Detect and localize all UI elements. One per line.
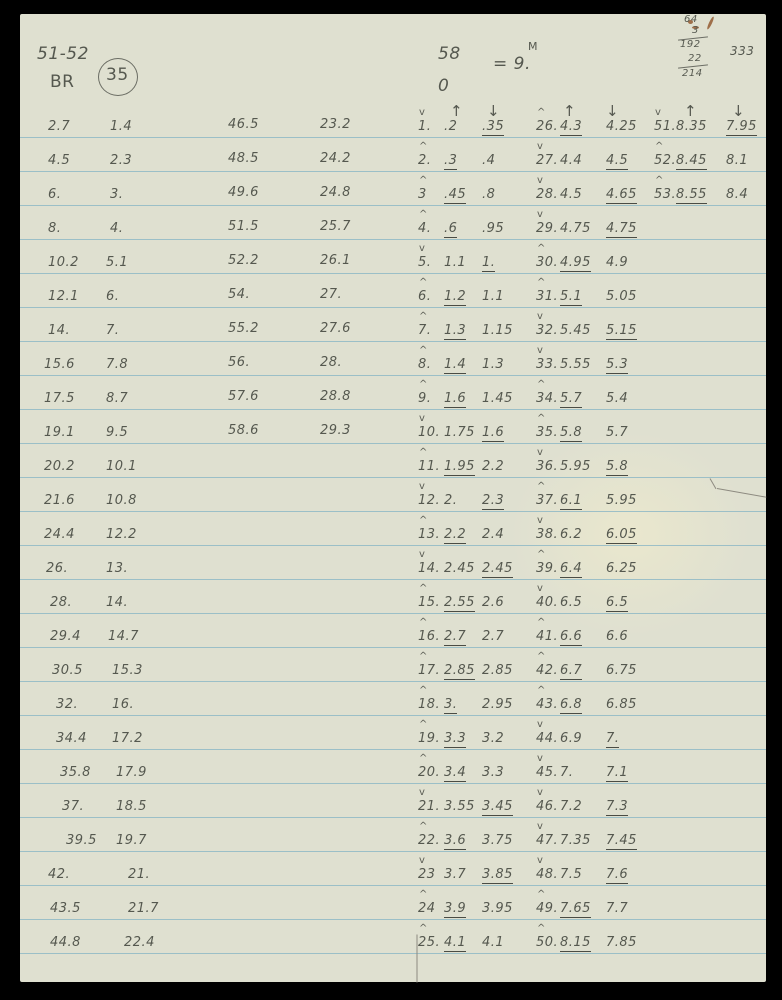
cell-value: 14. bbox=[48, 323, 70, 338]
rule-line bbox=[20, 137, 766, 138]
down-value: 5.4 bbox=[606, 391, 628, 406]
rule-line bbox=[20, 579, 766, 580]
notebook-page: 51-52 BR 35 58 = 9. M 0 64 3 192 22 214 … bbox=[20, 14, 766, 982]
item-number: 49. bbox=[536, 901, 558, 916]
down-value: 5.95 bbox=[606, 493, 637, 508]
item-number: 33. bbox=[536, 357, 558, 372]
cell-value: 2.3 bbox=[110, 153, 132, 168]
down-value: 2.7 bbox=[482, 629, 504, 644]
down-value: .4 bbox=[482, 153, 495, 168]
item-number: 26. bbox=[536, 119, 558, 134]
down-value: 7.85 bbox=[606, 935, 637, 950]
up-value: 1.2 bbox=[444, 289, 466, 306]
caret-up-mark-icon: ^ bbox=[419, 821, 427, 832]
cell-value: 4. bbox=[110, 221, 123, 236]
down-value: 4.9 bbox=[606, 255, 628, 270]
cell-value: 4.5 bbox=[48, 153, 70, 168]
rule-line bbox=[20, 647, 766, 648]
item-number: 46. bbox=[536, 799, 558, 814]
up-value: 1.6 bbox=[444, 391, 466, 408]
rule-line bbox=[20, 477, 766, 478]
cell-value: 15.3 bbox=[112, 663, 143, 678]
check-v-mark-icon: v bbox=[419, 243, 425, 254]
cell-value: 39.5 bbox=[66, 833, 97, 848]
up-value: 3.7 bbox=[444, 867, 466, 882]
cell-value: 30.5 bbox=[52, 663, 83, 678]
cell-value: 22.4 bbox=[124, 935, 155, 950]
cell-value: 1.4 bbox=[110, 119, 132, 134]
check-v-mark-icon: v bbox=[419, 787, 425, 798]
down-value: 6.05 bbox=[606, 527, 637, 544]
cell-value: 56. bbox=[228, 355, 250, 370]
caret-up-mark-icon: ^ bbox=[419, 583, 427, 594]
down-value: 1.1 bbox=[482, 289, 504, 304]
up-value: 4.4 bbox=[560, 153, 582, 168]
cell-value: 15.6 bbox=[44, 357, 75, 372]
up-value: 4.95 bbox=[560, 255, 591, 272]
item-number: 20. bbox=[418, 765, 440, 780]
down-value: 5.3 bbox=[606, 357, 628, 374]
up-value: 1.1 bbox=[444, 255, 466, 270]
calc-line-3: 22 bbox=[688, 53, 702, 64]
caret-up-mark-icon: ^ bbox=[537, 889, 545, 900]
up-value: 4.3 bbox=[560, 119, 582, 136]
caret-up-mark-icon: ^ bbox=[419, 277, 427, 288]
cell-value: 12.1 bbox=[48, 289, 79, 304]
cell-value: 32. bbox=[56, 697, 78, 712]
caret-up-mark-icon: ^ bbox=[537, 379, 545, 390]
down-value: 7.1 bbox=[606, 765, 628, 782]
rule-line bbox=[20, 511, 766, 512]
item-number: 35. bbox=[536, 425, 558, 440]
check-v-mark-icon: v bbox=[419, 413, 425, 424]
up-value: .2 bbox=[444, 119, 457, 134]
up-value: 6.9 bbox=[560, 731, 582, 746]
up-value: 6.6 bbox=[560, 629, 582, 646]
down-value: 3.3 bbox=[482, 765, 504, 780]
arrow-down-icon: ↓ bbox=[487, 102, 500, 120]
cell-value: 27.6 bbox=[320, 321, 351, 336]
caret-up-mark-icon: ^ bbox=[419, 209, 427, 220]
up-value: .3 bbox=[444, 153, 457, 170]
rule-line bbox=[20, 817, 766, 818]
up-value: 6.8 bbox=[560, 697, 582, 714]
paper-tear bbox=[710, 478, 717, 489]
item-number: 32. bbox=[536, 323, 558, 338]
calc-line-0: 64 bbox=[684, 14, 698, 25]
down-value: 1.15 bbox=[482, 323, 513, 338]
cell-value: 12.2 bbox=[106, 527, 137, 542]
down-value: .95 bbox=[482, 221, 504, 236]
cell-value: 46.5 bbox=[228, 117, 259, 132]
cell-value: 57.6 bbox=[228, 389, 259, 404]
up-value: 2.7 bbox=[444, 629, 466, 646]
item-number: 34. bbox=[536, 391, 558, 406]
item-number: 51. bbox=[654, 119, 676, 134]
rule-line bbox=[20, 307, 766, 308]
up-value: 6.5 bbox=[560, 595, 582, 610]
rule-line bbox=[20, 239, 766, 240]
caret-up-mark-icon: ^ bbox=[419, 141, 427, 152]
down-value: 2.3 bbox=[482, 493, 504, 510]
paper-tear bbox=[717, 488, 766, 498]
caret-up-mark-icon: ^ bbox=[419, 379, 427, 390]
cell-value: 42. bbox=[48, 867, 70, 882]
rule-line bbox=[20, 545, 766, 546]
down-value: 3.2 bbox=[482, 731, 504, 746]
cell-value: 6. bbox=[106, 289, 119, 304]
caret-up-mark-icon: ^ bbox=[537, 549, 545, 560]
cell-value: 7.8 bbox=[106, 357, 128, 372]
up-value: 7.5 bbox=[560, 867, 582, 882]
up-value: 7.2 bbox=[560, 799, 582, 814]
up-value: 3.6 bbox=[444, 833, 466, 850]
check-v-mark-icon: v bbox=[419, 481, 425, 492]
up-value: 3.55 bbox=[444, 799, 475, 814]
cell-value: 55.2 bbox=[228, 321, 259, 336]
caret-up-mark-icon: ^ bbox=[537, 651, 545, 662]
caret-up-mark-icon: ^ bbox=[537, 923, 545, 934]
down-value: 7.95 bbox=[726, 119, 757, 136]
cell-value: 10.8 bbox=[106, 493, 137, 508]
item-number: 50. bbox=[536, 935, 558, 950]
item-number: 17. bbox=[418, 663, 440, 678]
down-value: 2.6 bbox=[482, 595, 504, 610]
cell-value: 17.5 bbox=[44, 391, 75, 406]
up-value: 2.45 bbox=[444, 561, 475, 576]
cell-value: 25.7 bbox=[320, 219, 351, 234]
caret-up-mark-icon: ^ bbox=[419, 889, 427, 900]
rule-line bbox=[20, 375, 766, 376]
check-v-mark-icon: v bbox=[537, 821, 543, 832]
arrow-up-icon: ↑ bbox=[684, 102, 697, 120]
down-value: 5.8 bbox=[606, 459, 628, 476]
down-value: 4.25 bbox=[606, 119, 637, 134]
cell-value: 27. bbox=[320, 287, 342, 302]
down-value: 1.45 bbox=[482, 391, 513, 406]
cell-value: 49.6 bbox=[228, 185, 259, 200]
check-v-mark-icon: v bbox=[537, 175, 543, 186]
cell-value: 51.5 bbox=[228, 219, 259, 234]
caret-up-mark-icon: ^ bbox=[419, 753, 427, 764]
cell-value: 10.1 bbox=[106, 459, 137, 474]
up-value: 4.75 bbox=[560, 221, 591, 236]
down-value: 7.45 bbox=[606, 833, 637, 850]
equation-eq: = 9. bbox=[493, 54, 531, 74]
cell-value: 58.6 bbox=[228, 423, 259, 438]
caret-up-mark-icon: ^ bbox=[419, 345, 427, 356]
check-v-mark-icon: v bbox=[537, 583, 543, 594]
up-value: 5.95 bbox=[560, 459, 591, 474]
cell-value: 29.4 bbox=[50, 629, 81, 644]
item-number: 45. bbox=[536, 765, 558, 780]
up-value: 3.9 bbox=[444, 901, 466, 918]
item-number: 5. bbox=[418, 255, 431, 270]
item-number: 28. bbox=[536, 187, 558, 202]
cell-value: 23.2 bbox=[320, 117, 351, 132]
down-value: 8.1 bbox=[726, 153, 748, 168]
item-number: 42. bbox=[536, 663, 558, 678]
up-value: 1.75 bbox=[444, 425, 475, 440]
cell-value: 5.1 bbox=[106, 255, 128, 270]
up-value: .45 bbox=[444, 187, 466, 204]
down-value: 4.75 bbox=[606, 221, 637, 238]
cell-value: 20.2 bbox=[44, 459, 75, 474]
up-value: 7. bbox=[560, 765, 573, 780]
item-number: 47. bbox=[536, 833, 558, 848]
caret-up-mark-icon: ^ bbox=[537, 413, 545, 424]
check-v-mark-icon: v bbox=[419, 107, 425, 118]
cell-value: 2.7 bbox=[48, 119, 70, 134]
down-value: 2.85 bbox=[482, 663, 513, 678]
item-number: 37. bbox=[536, 493, 558, 508]
rule-line bbox=[20, 409, 766, 410]
item-number: 12. bbox=[418, 493, 440, 508]
rule-line bbox=[20, 613, 766, 614]
cell-value: 9.5 bbox=[106, 425, 128, 440]
rule-line bbox=[20, 205, 766, 206]
down-value: .8 bbox=[482, 187, 495, 202]
down-value: 2.4 bbox=[482, 527, 504, 542]
caret-up-mark-icon: ^ bbox=[537, 107, 545, 118]
up-value: 8.35 bbox=[676, 119, 707, 134]
up-value: 2. bbox=[444, 493, 457, 508]
item-number: 3 bbox=[418, 187, 427, 202]
cell-value: 8.7 bbox=[106, 391, 128, 406]
up-value: 2.85 bbox=[444, 663, 475, 680]
up-value: 3. bbox=[444, 697, 457, 714]
cell-value: 18.5 bbox=[116, 799, 147, 814]
item-number: 39. bbox=[536, 561, 558, 576]
item-number: 27. bbox=[536, 153, 558, 168]
item-number: 8. bbox=[418, 357, 431, 372]
rule-line bbox=[20, 273, 766, 274]
arrow-up-icon: ↑ bbox=[450, 102, 463, 120]
up-value: 4.1 bbox=[444, 935, 466, 952]
item-number: 16. bbox=[418, 629, 440, 644]
cell-value: 13. bbox=[106, 561, 128, 576]
down-value: 6.85 bbox=[606, 697, 637, 712]
check-v-mark-icon: v bbox=[537, 855, 543, 866]
down-value: 1.6 bbox=[482, 425, 504, 442]
cell-value: 10.2 bbox=[48, 255, 79, 270]
caret-up-mark-icon: ^ bbox=[537, 617, 545, 628]
down-value: 2.95 bbox=[482, 697, 513, 712]
cell-value: 19.7 bbox=[116, 833, 147, 848]
check-v-mark-icon: v bbox=[537, 345, 543, 356]
up-value: .6 bbox=[444, 221, 457, 238]
item-number: 7. bbox=[418, 323, 431, 338]
corner-note: 333 bbox=[730, 44, 754, 58]
cell-value: 21. bbox=[128, 867, 150, 882]
down-value: 1.3 bbox=[482, 357, 504, 372]
cell-value: 14. bbox=[106, 595, 128, 610]
up-value: 6.2 bbox=[560, 527, 582, 542]
check-v-mark-icon: v bbox=[419, 549, 425, 560]
cell-value: 24.4 bbox=[44, 527, 75, 542]
down-value: 7.3 bbox=[606, 799, 628, 816]
down-value: 1. bbox=[482, 255, 495, 272]
item-number: 41. bbox=[536, 629, 558, 644]
caret-up-mark-icon: ^ bbox=[655, 141, 663, 152]
up-value: 8.45 bbox=[676, 153, 707, 170]
item-number: 10. bbox=[418, 425, 440, 440]
caret-up-mark-icon: ^ bbox=[419, 719, 427, 730]
cell-value: 16. bbox=[112, 697, 134, 712]
check-v-mark-icon: v bbox=[537, 141, 543, 152]
item-number: 29. bbox=[536, 221, 558, 236]
caret-up-mark-icon: ^ bbox=[419, 515, 427, 526]
down-value: 5.05 bbox=[606, 289, 637, 304]
cell-value: 28.8 bbox=[320, 389, 351, 404]
down-value: 3.45 bbox=[482, 799, 513, 816]
cell-value: 26. bbox=[46, 561, 68, 576]
calc-line-4: 214 bbox=[682, 68, 703, 79]
up-value: 5.8 bbox=[560, 425, 582, 442]
check-v-mark-icon: v bbox=[537, 209, 543, 220]
up-value: 6.1 bbox=[560, 493, 582, 510]
up-value: 8.15 bbox=[560, 935, 591, 952]
down-value: 6.25 bbox=[606, 561, 637, 576]
up-value: 2.55 bbox=[444, 595, 475, 612]
cell-value: 21.7 bbox=[128, 901, 159, 916]
cell-value: 24.8 bbox=[320, 185, 351, 200]
item-number: 23 bbox=[418, 867, 436, 882]
cell-value: 17.2 bbox=[112, 731, 143, 746]
item-number: 53. bbox=[654, 187, 676, 202]
down-value: 5.15 bbox=[606, 323, 637, 340]
header-label: BR bbox=[50, 72, 74, 92]
cell-value: 17.9 bbox=[116, 765, 147, 780]
item-number: 38. bbox=[536, 527, 558, 542]
rule-line bbox=[20, 715, 766, 716]
item-number: 9. bbox=[418, 391, 431, 406]
item-number: 4. bbox=[418, 221, 431, 236]
up-value: 3.4 bbox=[444, 765, 466, 782]
cell-value: 21.6 bbox=[44, 493, 75, 508]
caret-up-mark-icon: ^ bbox=[655, 175, 663, 186]
paper-fold bbox=[417, 935, 418, 983]
up-value: 5.1 bbox=[560, 289, 582, 306]
up-value: 1.3 bbox=[444, 323, 466, 340]
cell-value: 44.8 bbox=[50, 935, 81, 950]
stain bbox=[706, 16, 715, 30]
caret-up-mark-icon: ^ bbox=[419, 923, 427, 934]
up-value: 8.55 bbox=[676, 187, 707, 204]
caret-up-mark-icon: ^ bbox=[419, 311, 427, 322]
item-number: 21. bbox=[418, 799, 440, 814]
cell-value: 8. bbox=[48, 221, 61, 236]
item-number: 13. bbox=[418, 527, 440, 542]
down-value: 5.7 bbox=[606, 425, 628, 440]
calc-line-2: 192 bbox=[680, 39, 701, 50]
check-v-mark-icon: v bbox=[419, 855, 425, 866]
rule-line bbox=[20, 171, 766, 172]
up-value: 7.35 bbox=[560, 833, 591, 848]
cell-value: 28. bbox=[320, 355, 342, 370]
cell-value: 14.7 bbox=[108, 629, 139, 644]
caret-up-mark-icon: ^ bbox=[419, 447, 427, 458]
down-value: 3.95 bbox=[482, 901, 513, 916]
item-number: 25. bbox=[418, 935, 440, 950]
up-value: 3.3 bbox=[444, 731, 466, 748]
item-number: 22. bbox=[418, 833, 440, 848]
down-value: 2.45 bbox=[482, 561, 513, 578]
caret-up-mark-icon: ^ bbox=[419, 685, 427, 696]
down-value: 6.75 bbox=[606, 663, 637, 678]
item-number: 52. bbox=[654, 153, 676, 168]
item-number: 44. bbox=[536, 731, 558, 746]
item-number: 36. bbox=[536, 459, 558, 474]
caret-up-mark-icon: ^ bbox=[537, 481, 545, 492]
item-number: 30. bbox=[536, 255, 558, 270]
up-value: 4.5 bbox=[560, 187, 582, 202]
check-v-mark-icon: v bbox=[537, 787, 543, 798]
down-value: 7.7 bbox=[606, 901, 628, 916]
caret-up-mark-icon: ^ bbox=[537, 685, 545, 696]
circled-number: 35 bbox=[106, 65, 129, 85]
equation-top: 58 bbox=[438, 44, 461, 64]
item-number: 15. bbox=[418, 595, 440, 610]
check-v-mark-icon: v bbox=[537, 753, 543, 764]
down-value: 2.2 bbox=[482, 459, 504, 474]
rule-line bbox=[20, 953, 766, 954]
cell-value: 28. bbox=[50, 595, 72, 610]
header-range: 51-52 bbox=[37, 44, 89, 64]
up-value: 5.45 bbox=[560, 323, 591, 338]
item-number: 40. bbox=[536, 595, 558, 610]
rule-line bbox=[20, 783, 766, 784]
cell-value: 6. bbox=[48, 187, 61, 202]
cell-value: 26.1 bbox=[320, 253, 351, 268]
item-number: 6. bbox=[418, 289, 431, 304]
item-number: 14. bbox=[418, 561, 440, 576]
check-v-mark-icon: v bbox=[537, 447, 543, 458]
up-value: 6.4 bbox=[560, 561, 582, 578]
cell-value: 37. bbox=[62, 799, 84, 814]
cell-value: 48.5 bbox=[228, 151, 259, 166]
equation-bottom: 0 bbox=[438, 76, 449, 96]
down-value: 3.75 bbox=[482, 833, 513, 848]
check-v-mark-icon: v bbox=[537, 719, 543, 730]
up-value: 7.65 bbox=[560, 901, 591, 918]
rule-line bbox=[20, 341, 766, 342]
item-number: 31. bbox=[536, 289, 558, 304]
rule-line bbox=[20, 919, 766, 920]
up-value: 5.7 bbox=[560, 391, 582, 408]
down-value: 6.6 bbox=[606, 629, 628, 644]
up-value: 1.4 bbox=[444, 357, 466, 374]
cell-value: 35.8 bbox=[60, 765, 91, 780]
item-number: 1. bbox=[418, 119, 431, 134]
item-number: 18. bbox=[418, 697, 440, 712]
cell-value: 24.2 bbox=[320, 151, 351, 166]
item-number: 11. bbox=[418, 459, 440, 474]
check-v-mark-icon: v bbox=[655, 107, 661, 118]
down-value: 4.65 bbox=[606, 187, 637, 204]
down-value: 4.5 bbox=[606, 153, 628, 170]
check-v-mark-icon: v bbox=[537, 311, 543, 322]
up-value: 6.7 bbox=[560, 663, 582, 680]
calc-line-1: 3 bbox=[692, 25, 699, 36]
up-value: 2.2 bbox=[444, 527, 466, 544]
up-value: 5.55 bbox=[560, 357, 591, 372]
arrow-down-icon: ↓ bbox=[606, 102, 619, 120]
up-value: 1.95 bbox=[444, 459, 475, 476]
caret-up-mark-icon: ^ bbox=[537, 243, 545, 254]
cell-value: 19.1 bbox=[44, 425, 75, 440]
down-value: 3.85 bbox=[482, 867, 513, 884]
